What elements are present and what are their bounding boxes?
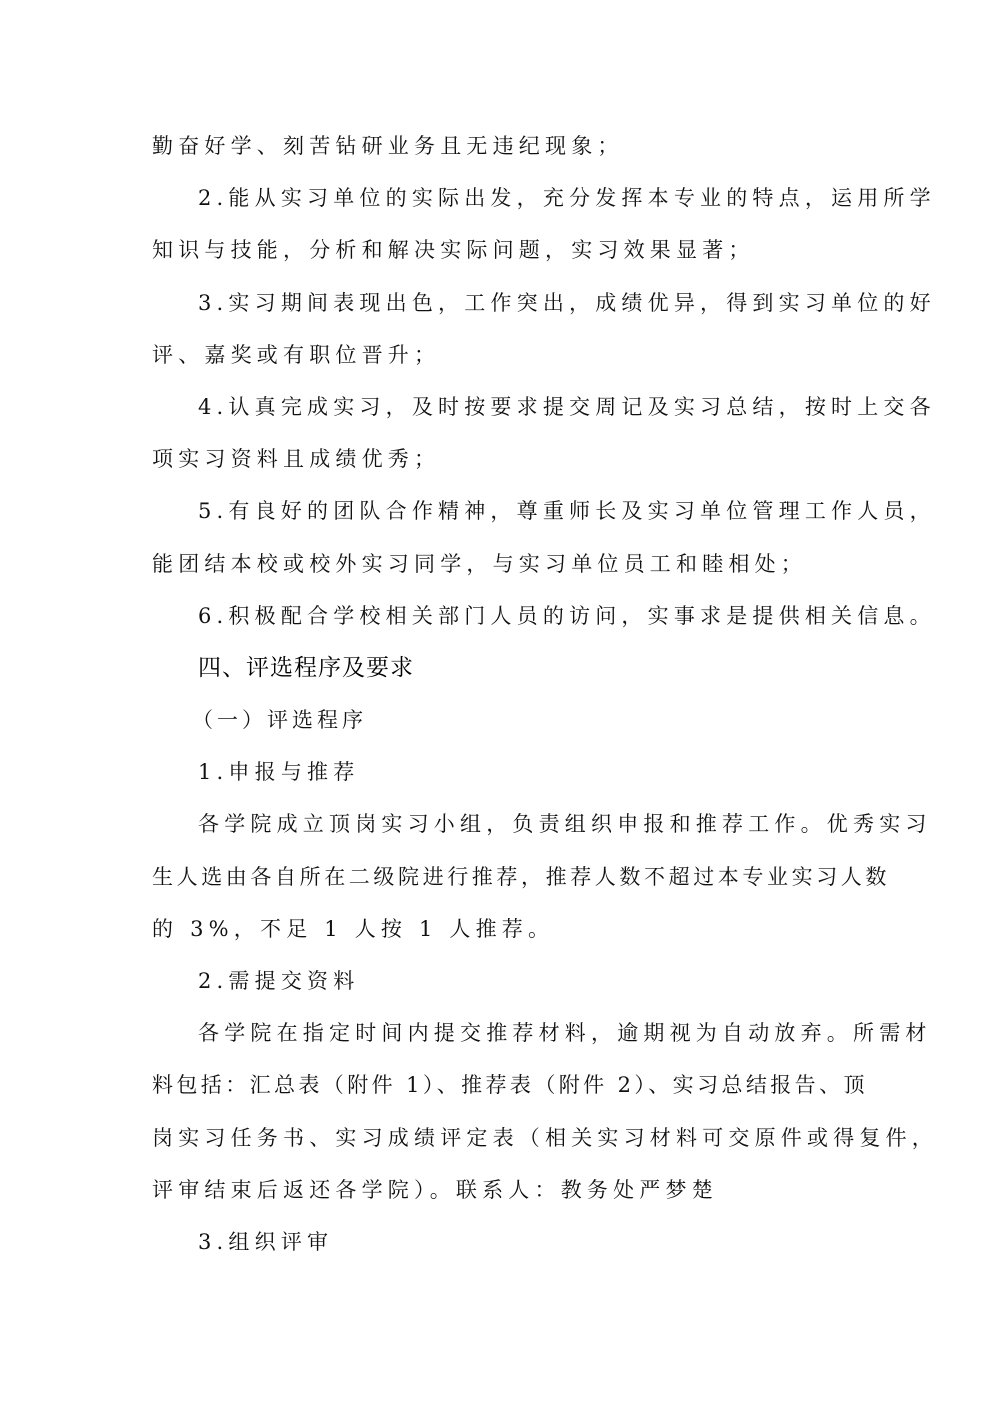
criteria-item-4: 4.认真完成实习，及时按要求提交周记及实习总结，按时上交各 — [152, 389, 842, 441]
paragraph-line: 项实习资料且成绩优秀； — [152, 441, 842, 493]
criteria-item-5: 5.有良好的团队合作精神，尊重师长及实习单位管理工作人员， — [152, 493, 842, 545]
item-2-body-line: 岗实习任务书、实习成绩评定表（相关实习材料可交原件或得复件， — [152, 1120, 842, 1172]
paragraph-line: 评、嘉奖或有职位晋升； — [152, 337, 842, 389]
paragraph-line: 知识与技能，分析和解决实际问题，实习效果显著； — [152, 232, 842, 284]
item-1-title: 1.申报与推荐 — [152, 754, 842, 806]
item-1-body-line: 各学院成立顶岗实习小组，负责组织申报和推荐工作。优秀实习 — [152, 806, 842, 858]
item-3-title: 3.组织评审 — [152, 1224, 842, 1276]
criteria-item-3: 3.实习期间表现出色，工作突出，成绩优异，得到实习单位的好 — [152, 285, 842, 337]
section-heading: 四、评选程序及要求 — [152, 650, 842, 702]
criteria-item-6: 6.积极配合学校相关部门人员的访问，实事求是提供相关信息。 — [152, 598, 842, 650]
item-2-body-line: 各学院在指定时间内提交推荐材料，逾期视为自动放弃。所需材 — [152, 1015, 842, 1067]
item-1-body-line: 生人选由各自所在二级院进行推荐，推荐人数不超过本专业实习人数 — [152, 859, 842, 911]
criteria-item-2: 2.能从实习单位的实际出发，充分发挥本专业的特点，运用所学 — [152, 180, 842, 232]
paragraph-line: 能团结本校或校外实习同学，与实习单位员工和睦相处； — [152, 546, 842, 598]
paragraph-line: 勤奋好学、刻苦钻研业务且无违纪现象； — [152, 128, 842, 180]
item-1-body-line: 的 3%，不足 1 人按 1 人推荐。 — [152, 911, 842, 963]
document-page: 勤奋好学、刻苦钻研业务且无违纪现象； 2.能从实习单位的实际出发，充分发挥本专业… — [152, 128, 842, 1276]
item-2-body-line: 评审结束后返还各学院）。联系人：教务处严梦楚 — [152, 1172, 842, 1224]
item-2-body-line: 料包括：汇总表（附件 1）、推荐表（附件 2）、实习总结报告、顶 — [152, 1067, 842, 1119]
subsection-heading: （一）评选程序 — [152, 702, 842, 754]
item-2-title: 2.需提交资料 — [152, 963, 842, 1015]
